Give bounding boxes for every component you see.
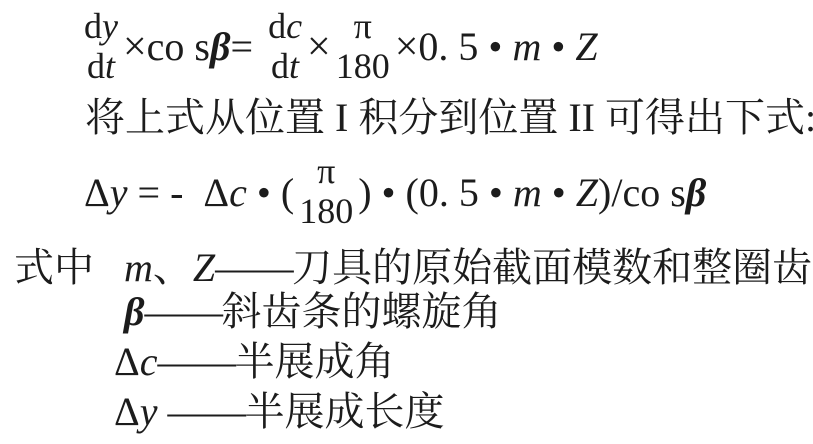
text-part: c <box>140 339 158 384</box>
fraction-denominator: dt <box>87 47 115 87</box>
text-part: —— <box>158 339 235 384</box>
math-run: Δc——半展成角 <box>114 339 395 384</box>
fraction-numerator: π <box>354 7 372 47</box>
text-part: Δ <box>114 339 140 384</box>
text-part: 180 <box>336 46 390 86</box>
text-part: t <box>105 46 115 86</box>
text-part: —— <box>168 389 245 434</box>
text-part: y <box>102 6 118 46</box>
fraction-numerator: π <box>317 152 335 192</box>
text-part: × <box>307 24 331 70</box>
text-part: β <box>210 24 231 69</box>
fraction-numerator: dc <box>268 7 302 47</box>
math-run: 式中 m、Z——刀具的原始截面模数和整圈齿数 <box>14 245 813 290</box>
text-part: Δ <box>114 389 140 434</box>
math-run: ) • (0. 5 • m • Z)/co sβ <box>358 169 706 216</box>
fraction-stack: π180 <box>336 7 390 86</box>
text-part: d <box>268 6 286 46</box>
text-part: c <box>229 170 247 215</box>
text-part: 斜齿条的螺旋角 <box>222 289 502 334</box>
fraction-stack: dydt <box>84 7 118 86</box>
text-part: co s <box>147 24 210 69</box>
text-part: 、 <box>153 245 193 290</box>
text-part: = <box>128 170 171 215</box>
fraction-numerator: dy <box>84 7 118 47</box>
text-part: 式中 <box>14 245 94 290</box>
text-part: • <box>541 24 575 69</box>
definition-beta: β——斜齿条的螺旋角 <box>124 288 502 336</box>
text-part: Δ <box>84 170 110 215</box>
math-run: Δy = - Δc • ( <box>84 169 294 216</box>
definition-delta-c: Δc——半展成角 <box>114 338 395 386</box>
text-part: π <box>354 6 372 46</box>
text-part: β <box>686 170 707 215</box>
text-part: Z <box>193 245 215 290</box>
math-run: × <box>307 23 331 71</box>
text-part <box>158 389 168 434</box>
fraction-stack: dcdt <box>268 7 302 86</box>
text-part: Δ <box>183 170 229 215</box>
text-part: • <box>542 170 576 215</box>
text-part: y <box>110 170 128 215</box>
formula-line-2: Δy = - Δc • (π180) • (0. 5 • m • Z)/co s… <box>84 150 706 234</box>
math-run: 将上式从位置 I 积分到位置 II 可得出下式: <box>85 95 813 140</box>
text-part: 刀具的原始截面模数和整圈齿数 <box>292 245 813 290</box>
text-part: 180 <box>299 191 353 231</box>
math-run: ×co sβ= <box>123 23 263 71</box>
math-run: β——斜齿条的螺旋角 <box>124 289 502 334</box>
text-part: c <box>286 6 302 46</box>
definition-mz: 式中 m、Z——刀具的原始截面模数和整圈齿数 <box>14 244 813 292</box>
math-run: ×0. 5 • m • Z <box>395 23 598 71</box>
text-part: ) • (0. 5 • <box>358 170 513 215</box>
text-part: × <box>123 24 147 70</box>
text-part: co s <box>622 170 685 215</box>
document-page: dydt×co sβ= dcdt×π180×0. 5 • m • Z 将上式从位… <box>0 0 813 444</box>
text-part: - <box>170 170 183 215</box>
text-part: Z <box>575 24 597 69</box>
text-part: m <box>124 245 153 290</box>
text-part: d <box>84 6 102 46</box>
text-part: —— <box>145 289 222 334</box>
text-part: d <box>87 46 105 86</box>
text-part: β <box>124 289 145 334</box>
fraction-stack: π180 <box>299 152 353 231</box>
text-part: t <box>289 46 299 86</box>
fraction-denominator: 180 <box>336 47 390 87</box>
text-part: d <box>271 46 289 86</box>
formula-line-1: dydt×co sβ= dcdt×π180×0. 5 • m • Z <box>84 5 598 89</box>
text-part: 0. 5 • <box>418 24 512 69</box>
text-part: y <box>140 389 158 434</box>
text-part: Z <box>576 170 598 215</box>
text-part: m <box>512 24 541 69</box>
text-part: —— <box>215 245 292 290</box>
text-part: m <box>513 170 542 215</box>
math-run: Δy ——半展成长度 <box>114 389 445 434</box>
definition-delta-y: Δy ——半展成长度 <box>114 388 445 436</box>
text-part: )/ <box>598 170 622 215</box>
text-part <box>94 245 124 290</box>
text-part: 半展成角 <box>235 339 395 384</box>
text-part: 将上式从位置 I 积分到位置 II 可得出下式: <box>85 95 813 140</box>
text-part: × <box>395 24 419 70</box>
text-part: π <box>317 151 335 191</box>
text-part: = <box>231 24 264 69</box>
fraction-denominator: 180 <box>299 192 353 232</box>
fraction-denominator: dt <box>271 47 299 87</box>
text-part: 半展成长度 <box>245 389 445 434</box>
text-part: • ( <box>247 170 294 215</box>
paragraph-integrate: 将上式从位置 I 积分到位置 II 可得出下式: <box>85 94 813 142</box>
